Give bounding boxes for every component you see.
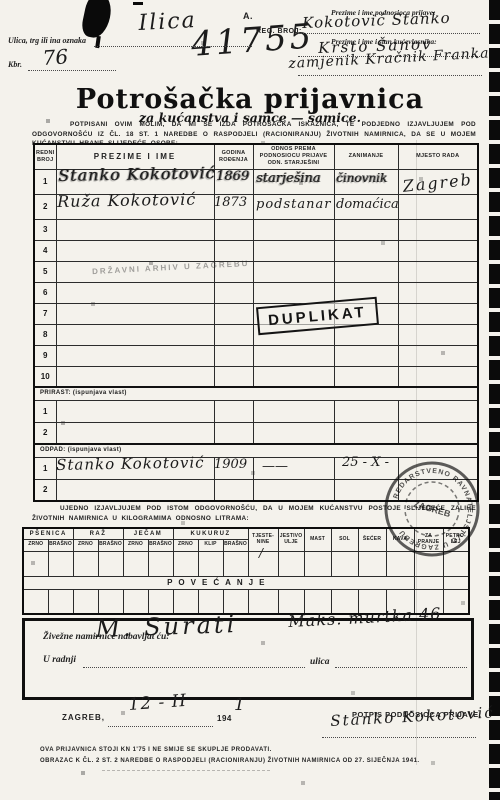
empty-cell: [334, 366, 398, 387]
street-blank-line: [94, 46, 252, 47]
empty-cell: [214, 366, 253, 387]
sub-header-brasno: BRAŠNO: [148, 539, 173, 551]
section-letter: A.: [243, 11, 253, 21]
empty-cell: [173, 589, 198, 614]
row2-year-handwriting: 1873: [214, 196, 247, 209]
empty-cell: [48, 589, 73, 614]
odpad-date-handwriting: 25 - X -: [342, 456, 389, 469]
empty-cell: [23, 589, 48, 614]
empty-cell: [148, 551, 173, 576]
empty-cell: [398, 324, 478, 345]
row-number: 2: [34, 422, 56, 444]
shop-name-handwriting: M. Surati: [95, 612, 238, 641]
empty-cell: [253, 345, 334, 366]
footer-smudge: [102, 770, 270, 771]
empty-cell: [214, 219, 253, 240]
stamp-center-text: ZAGREB: [412, 499, 452, 519]
sub-header-zrno: ZRNO: [173, 539, 198, 551]
shop-box: Živežne namirnice nabavljat ću: U radnji…: [22, 618, 474, 700]
odpad-name-handwriting: Stanko Kokotović: [56, 455, 205, 473]
povecanje-label: POVEĆANJE: [23, 576, 414, 589]
empty-cell: [56, 219, 214, 240]
table-row: 4: [34, 240, 478, 261]
city-label: ZAGREB,: [62, 713, 105, 722]
empty-cell: [334, 240, 398, 261]
applicant-name-value: Kokotović Stanko: [302, 11, 451, 31]
empty-cell: [253, 219, 334, 240]
row-number: 7: [34, 303, 56, 324]
empty-cell: [214, 345, 253, 366]
row-number: 2: [34, 479, 56, 501]
empty-cell: [56, 479, 214, 501]
empty-cell: [56, 240, 214, 261]
row-number: 5: [34, 261, 56, 282]
col-group-raz: RAŽ: [73, 528, 123, 539]
col-header-godina-rodenja: GODINA ROĐENJA: [214, 144, 253, 169]
date-handwriting: 12 - II: [128, 693, 188, 714]
empty-cell: [386, 551, 414, 576]
row1-occupation-handwriting: činovnik: [336, 172, 387, 184]
table-row: 8: [34, 324, 478, 345]
scanned-form-page: A. REG. BROJ: 41755 Ulica, trg ili ina o…: [0, 0, 500, 800]
row-number: 10: [34, 366, 56, 387]
empty-cell: [123, 551, 148, 576]
empty-cell: [398, 219, 478, 240]
col-group-psenica: PŠENICA: [23, 528, 73, 539]
empty-cell: [56, 345, 214, 366]
empty-cell: [98, 551, 123, 576]
empty-cell: [253, 282, 334, 303]
street-label: Ulica, trg ili ina oznaka: [8, 36, 86, 45]
empty-cell: [56, 303, 214, 324]
empty-cell: [334, 400, 398, 422]
row2-name-handwriting: Ruža Kokotović: [57, 192, 196, 210]
col-header-odnos: ODNOS PREMA PODNOSIOCU PRIJAVE ODN. STAR…: [253, 144, 334, 169]
odpad-dash-handwriting: ——: [262, 460, 288, 473]
empty-cell: [398, 261, 478, 282]
footer-price-note: OVA PRIJAVNICA STOJI KN 1'75 I NE SMIJE …: [40, 747, 272, 753]
shop-name-blank-line: [83, 667, 305, 668]
sub-header-brasno: BRAŠNO: [48, 539, 73, 551]
footer-form-note: OBRAZAC K ČL. 2 ST. 2 NAREDBE O RASPODJE…: [40, 758, 420, 764]
house-number-value: 76: [42, 46, 69, 68]
empty-cell: [398, 366, 478, 387]
table-row: 10: [34, 366, 478, 387]
empty-cell: [214, 400, 253, 422]
year-printed: 194: [217, 714, 232, 723]
empty-cell: [398, 345, 478, 366]
empty-cell: [334, 261, 398, 282]
odpad-year-handwriting: 1909: [214, 458, 247, 471]
row-number: 2: [34, 194, 56, 219]
col-group-kukuruz: KUKURUZ: [173, 528, 248, 539]
ulica-label: ulica: [310, 657, 330, 667]
empty-cell: [148, 589, 173, 614]
row1-name-handwriting: Stanko Kokotović: [58, 165, 216, 184]
empty-cell: [214, 240, 253, 261]
sub-header-zrno: ZRNO: [123, 539, 148, 551]
empty-cell: [253, 240, 334, 261]
row1-relation-handwriting: starješina: [256, 172, 321, 185]
empty-cell: [56, 366, 214, 387]
table-row: 1: [34, 400, 478, 422]
col-header-zanimanje: ZANIMANJE: [334, 144, 398, 169]
table-row: 3: [34, 219, 478, 240]
row2-occupation-handwriting: domaćica: [336, 198, 399, 211]
year-handwriting: 1: [234, 697, 245, 714]
row1-year-handwriting: 1869: [216, 170, 249, 183]
row-number: 9: [34, 345, 56, 366]
house-number-blank-line: [28, 70, 116, 71]
empty-cell: [398, 400, 478, 422]
signature-handwriting: Stanko Kokotović: [330, 705, 495, 729]
empty-cell: [248, 551, 278, 576]
empty-cell: [253, 400, 334, 422]
empty-cell: [331, 551, 358, 576]
empty-cell: [443, 576, 469, 589]
prirast-section-label: PRIRAST: (ispunjava vlast): [34, 387, 478, 400]
empty-cell: [73, 551, 98, 576]
row-number: 1: [34, 400, 56, 422]
ink-blot: [80, 0, 115, 40]
empty-cell: [358, 551, 386, 576]
row2-relation-handwriting: podstanar: [256, 198, 331, 211]
empty-cell: [56, 324, 214, 345]
signature-blank-line: [322, 737, 476, 738]
table-row: 9: [34, 345, 478, 366]
table-row: 6: [34, 282, 478, 303]
empty-cell: [398, 303, 478, 324]
row-number: 8: [34, 324, 56, 345]
u-radnji-label: U radnji: [43, 655, 76, 665]
empty-cell: [334, 219, 398, 240]
applicant-blank-line: [298, 33, 480, 34]
empty-cell: [248, 589, 278, 614]
row-number: 3: [34, 219, 56, 240]
house-number-label: Kbr.: [8, 60, 22, 69]
date-blank-line: [108, 726, 213, 727]
empty-cell: [214, 479, 253, 501]
empty-cell: [398, 194, 478, 219]
col-header-redni-broj: REDNI BROJ: [34, 144, 56, 169]
empty-cell: [56, 282, 214, 303]
empty-cell: [56, 422, 214, 444]
supplies-entry-row: [23, 551, 469, 576]
empty-cell: [443, 589, 469, 614]
empty-cell: [214, 282, 253, 303]
edge-mark: [133, 2, 143, 5]
empty-cell: [198, 551, 223, 576]
empty-cell: [223, 551, 248, 576]
empty-cell: [214, 303, 253, 324]
sub-header-zrno: ZRNO: [23, 539, 48, 551]
empty-cell: [414, 576, 443, 589]
empty-cell: [398, 240, 478, 261]
empty-cell: [123, 589, 148, 614]
empty-cell: [253, 366, 334, 387]
empty-cell: [253, 422, 334, 444]
col-group-jecam: JEČAM: [123, 528, 173, 539]
empty-cell: [304, 551, 331, 576]
empty-cell: [253, 479, 334, 501]
empty-cell: [48, 551, 73, 576]
sub-header-brasno: BRAŠNO: [98, 539, 123, 551]
empty-cell: [98, 589, 123, 614]
row-number: 1: [34, 169, 56, 194]
empty-cell: [253, 261, 334, 282]
col-header-sol: SOL: [331, 528, 358, 551]
empty-cell: [73, 589, 98, 614]
col-header-jestivo-ulje: JESTIVO ULJE: [278, 528, 304, 551]
row-number: 6: [34, 282, 56, 303]
street-value: Ilica: [138, 10, 197, 35]
sub-header-brasno: BRAŠNO: [223, 539, 248, 551]
col-header-mast: MAST: [304, 528, 331, 551]
prirast-label-row: PRIRAST: (ispunjava vlast): [34, 387, 478, 400]
table-row: 2: [34, 422, 478, 444]
empty-cell: [334, 422, 398, 444]
empty-cell: [23, 551, 48, 576]
tjestenine-entry-handwriting: /: [259, 547, 263, 559]
povecanje-band-row: POVEĆANJE: [23, 576, 469, 589]
shop-street-blank-line: [335, 667, 467, 668]
empty-cell: [278, 589, 304, 614]
row-number: 1: [34, 457, 56, 479]
col-header-tjestenine: TJESTE-NINE: [248, 528, 278, 551]
empty-cell: [173, 551, 198, 576]
row-number: 4: [34, 240, 56, 261]
paper-speckles: [0, 0, 2, 2]
sub-header-klip: KLIP: [198, 539, 223, 551]
empty-cell: [398, 422, 478, 444]
empty-cell: [334, 345, 398, 366]
empty-cell: [214, 422, 253, 444]
sub-header-zrno: ZRNO: [73, 539, 98, 551]
empty-cell: [278, 551, 304, 576]
empty-cell: [398, 282, 478, 303]
empty-cell: [56, 400, 214, 422]
empty-cell: [214, 324, 253, 345]
col-header-mjesto-rada: MJESTO RADA: [398, 144, 478, 169]
landlord-blank-line-2: [298, 75, 482, 76]
